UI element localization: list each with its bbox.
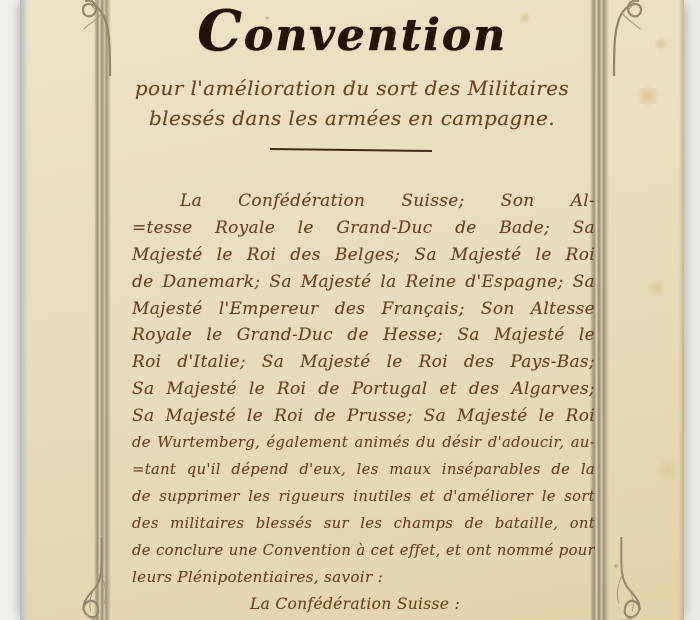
paper-sheet: Convention pour l'amélioration du sort d… bbox=[20, 0, 684, 620]
manuscript-line: =tesse Royale le Grand-Duc de Bade; Sa bbox=[132, 215, 595, 242]
scroll-ornament-bottom-left-icon bbox=[74, 537, 120, 620]
title-divider bbox=[270, 148, 432, 152]
manuscript-line: de Wurtemberg, également animés du désir… bbox=[132, 430, 595, 457]
manuscript-line: Roi d'Italie; Sa Majesté le Roi des Pays… bbox=[132, 349, 595, 376]
document-subtitle-line1: pour l'amélioration du sort des Militair… bbox=[80, 74, 624, 102]
manuscript-line: =tant qu'il dépend d'eux, les maux insép… bbox=[132, 457, 595, 484]
manuscript-line: des militaires blessés sur les champs de… bbox=[132, 511, 595, 538]
manuscript-line: La Confédération Suisse : bbox=[132, 591, 595, 618]
document-title: Convention bbox=[90, 0, 614, 69]
manuscript-line: de supprimer les rigueurs inutiles et d'… bbox=[132, 484, 595, 511]
manuscript-body: La Confédération Suisse; Son Al- =tesse … bbox=[132, 188, 595, 618]
manuscript-line: La Confédération Suisse; Son Al- bbox=[132, 188, 595, 215]
scroll-ornament-bottom-right-icon bbox=[603, 537, 649, 620]
manuscript-line: Royale le Grand-Duc de Hesse; Sa Majesté… bbox=[132, 322, 595, 349]
manuscript-line: de conclure une Convention à cet effet, … bbox=[132, 538, 595, 565]
manuscript-line: leurs Plénipotentiaires, savoir : bbox=[132, 564, 595, 591]
manuscript-line: Majesté le Roi des Belges; Sa Majesté le… bbox=[132, 242, 595, 269]
manuscript-line: Majesté l'Empereur des Français; Son Alt… bbox=[132, 296, 595, 323]
manuscript-line: Sa Majesté le Roi de Portugal et des Alg… bbox=[132, 376, 595, 403]
document-subtitle-line2: blessés dans les armées en campagne. bbox=[80, 104, 624, 132]
manuscript-line: Sa Majesté le Roi de Prusse; Sa Majesté … bbox=[132, 403, 595, 430]
manuscript-line: de Danemark; Sa Majesté la Reine d'Espag… bbox=[132, 269, 595, 296]
photo-background: Convention pour l'amélioration du sort d… bbox=[0, 0, 700, 620]
